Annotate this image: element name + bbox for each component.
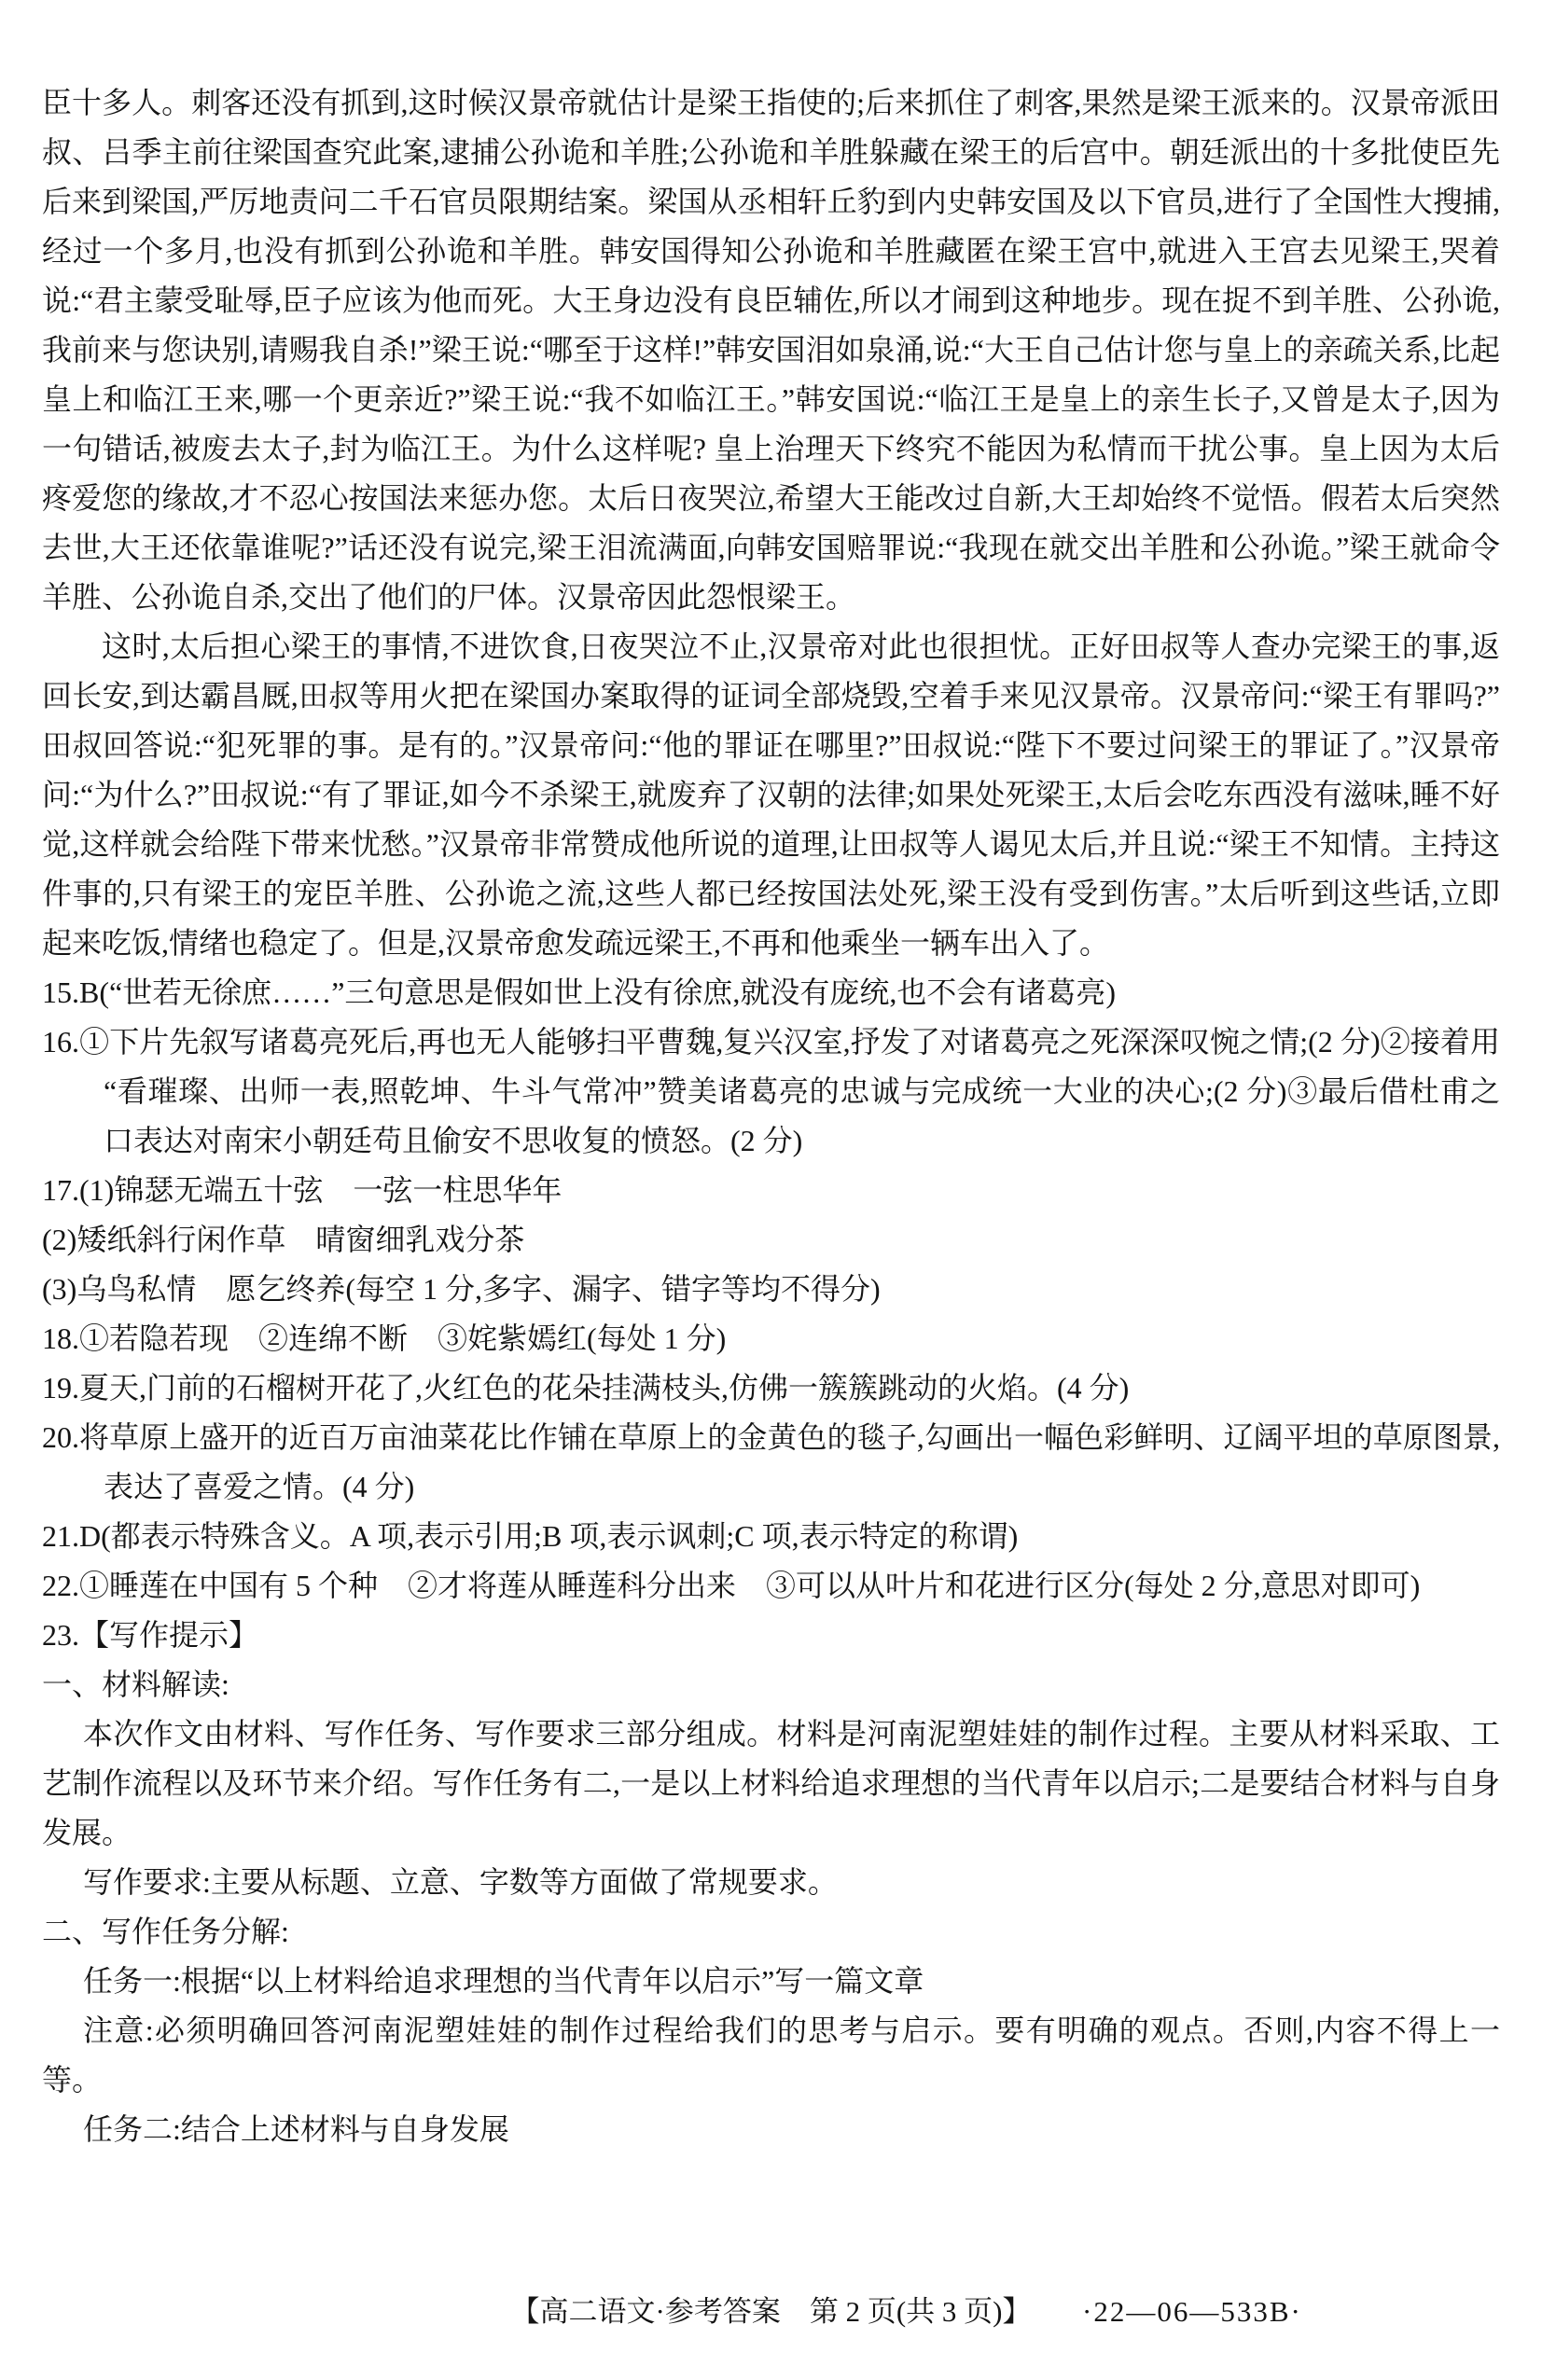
translation-paragraph-2: 这时,太后担心梁王的事情,不进饮食,日夜哭泣不止,汉景帝对此也很担忧。正好田叔等… xyxy=(42,622,1500,968)
writing-task-2: 任务二:结合上述材料与自身发展 xyxy=(42,2105,1500,2154)
answer-20: 20.将草原上盛开的近百万亩油菜花比作铺在草原上的金黄色的毯子,勾画出一幅色彩鲜… xyxy=(42,1413,1500,1512)
answer-17-line-2: (2)矮纸斜行闲作草 晴窗细乳戏分茶 xyxy=(42,1215,1500,1265)
answer-19: 19.夏天,门前的石榴树开花了,火红色的花朵挂满枝头,仿佛一簇簇跳动的火焰。(4… xyxy=(42,1363,1500,1413)
footer-paper-code: ·22—06—533B· xyxy=(1082,2287,1302,2336)
translation-paragraph-1: 臣十多人。刺客还没有抓到,这时候汉景帝就估计是梁王指使的;后来抓住了刺客,果然是… xyxy=(42,78,1500,622)
answer-16: 16.①下片先叙写诸葛亮死后,再也无人能够扫平曹魏,复兴汉室,抒发了对诸葛亮之死… xyxy=(42,1017,1500,1166)
answer-18: 18.①若隐若现 ②连绵不断 ③姹紫嫣红(每处 1 分) xyxy=(42,1314,1500,1363)
answer-17-line-1: 17.(1)锦瑟无端五十弦 一弦一柱思华年 xyxy=(42,1166,1500,1215)
footer-page-label: 【高二语文·参考答案 第 2 页(共 3 页)】 xyxy=(0,2287,1542,2336)
answer-key-page: 臣十多人。刺客还没有抓到,这时候汉景帝就估计是梁王指使的;后来抓住了刺客,果然是… xyxy=(0,0,1542,2380)
answer-22: 22.①睡莲在中国有 5 个种 ②才将莲从睡莲科分出来 ③可以从叶片和花进行区分… xyxy=(42,1561,1500,1611)
writing-requirements: 写作要求:主要从标题、立意、字数等方面做了常规要求。 xyxy=(42,1858,1500,1907)
writing-material-analysis: 本次作文由材料、写作任务、写作要求三部分组成。材料是河南泥塑娃娃的制作过程。主要… xyxy=(42,1709,1500,1858)
answer-17-line-3: (3)乌鸟私情 愿乞终养(每空 1 分,多字、漏字、错字等均不得分) xyxy=(42,1265,1500,1314)
page-content: 臣十多人。刺客还没有抓到,这时候汉景帝就估计是梁王指使的;后来抓住了刺客,果然是… xyxy=(42,78,1500,2154)
writing-task-1: 任务一:根据“以上材料给追求理想的当代青年以启示”写一篇文章 xyxy=(42,1957,1500,2006)
writing-section-1-heading: 一、材料解读: xyxy=(42,1660,1500,1709)
page-footer: 【高二语文·参考答案 第 2 页(共 3 页)】 ·22—06—533B· xyxy=(0,2287,1542,2336)
writing-section-2-heading: 二、写作任务分解: xyxy=(42,1907,1500,1957)
answer-15: 15.B(“世若无徐庶……”三句意思是假如世上没有徐庶,就没有庞统,也不会有诸葛… xyxy=(42,968,1500,1017)
writing-task-1-note: 注意:必须明确回答河南泥塑娃娃的制作过程给我们的思考与启示。要有明确的观点。否则… xyxy=(42,2006,1500,2105)
answer-23-heading: 23.【写作提示】 xyxy=(42,1611,1500,1660)
answer-21: 21.D(都表示特殊含义。A 项,表示引用;B 项,表示讽刺;C 项,表示特定的… xyxy=(42,1512,1500,1561)
